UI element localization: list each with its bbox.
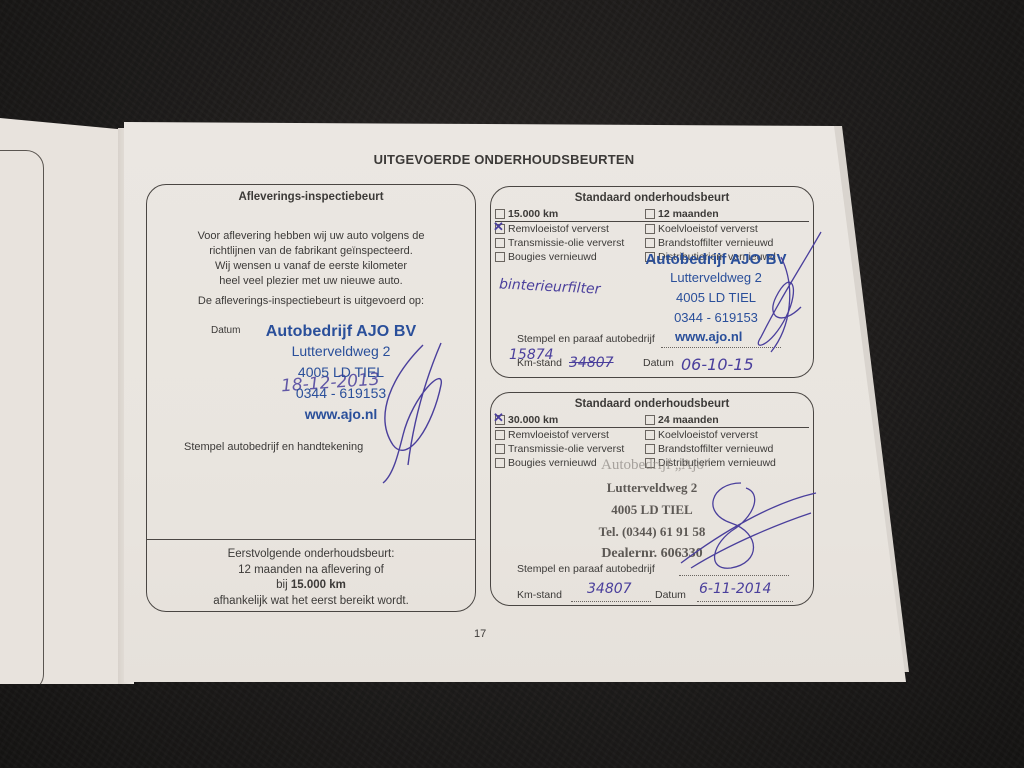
checkbox-label: Bougies vernieuwd xyxy=(508,250,597,264)
checkbox-icon xyxy=(645,224,655,234)
stamp-city: 4005 LD TIEL xyxy=(221,362,461,383)
stamp-phone: 0344 - 619153 xyxy=(221,383,461,404)
stamp-city: 4005 LD TIEL xyxy=(621,288,811,308)
stempel-label: Stempel en paraaf autobedrijf xyxy=(517,563,655,575)
crossed-out-km: 34807 xyxy=(569,355,614,371)
checkbox-icon xyxy=(495,238,505,248)
checkbox-interval-km[interactable]: 15.000 km xyxy=(495,206,645,221)
stamp-street: Lutterveldweg 2 xyxy=(221,341,461,362)
intro-line: richtlijnen van de fabrikant geïnspectee… xyxy=(147,244,475,259)
next-km: 15.000 km xyxy=(291,579,346,591)
checkbox-label: Bougies vernieuwd xyxy=(508,456,597,470)
stamp-url: www.ajo.nl xyxy=(221,404,461,425)
checkbox-item[interactable]: Koelvloeistof ververst xyxy=(645,222,809,236)
checkbox-interval-months[interactable]: 12 maanden xyxy=(645,206,809,221)
datum-label: Datum xyxy=(643,357,674,369)
stamp-dealer-number: Dealernr. 606330 xyxy=(491,543,813,565)
stamp-name: Autobedrijf AJO BV xyxy=(221,323,461,341)
checkbox-icon xyxy=(645,430,655,440)
stamp-street: Lutterveldweg 2 xyxy=(621,268,811,288)
checkbox-interval-months[interactable]: 24 maanden xyxy=(645,412,809,427)
intro-line: heel veel plezier met uw nieuwe auto. xyxy=(147,274,475,289)
signature-label: Stempel autobedrijf en handtekening xyxy=(184,441,363,453)
checkbox-item[interactable]: Remvloeistof ververst xyxy=(495,428,645,442)
next-line: 12 maanden na aflevering of xyxy=(147,563,475,579)
next-line: Eerstvolgende onderhoudsbeurt: xyxy=(147,547,475,563)
next-line: afhankelijk wat het eerst bereikt wordt. xyxy=(147,594,475,610)
performed-on-label: De afleverings-inspectiebeurt is uitgevo… xyxy=(147,295,475,307)
checkbox-icon xyxy=(495,444,505,454)
checked-checkbox-icon xyxy=(495,415,505,425)
divider xyxy=(147,539,475,540)
checkbox-interval-km[interactable]: 30.000 km xyxy=(495,412,645,427)
checkbox-label: 12 maanden xyxy=(658,207,719,221)
stamp-street: Lutterveldweg 2 xyxy=(491,477,813,499)
checkbox-item[interactable]: Koelvloeistof ververst xyxy=(645,428,809,442)
datum-label: Datum xyxy=(655,589,686,601)
checkbox-icon xyxy=(495,209,505,219)
stempel-label: Stempel en paraaf autobedrijf xyxy=(517,333,655,345)
checkbox-label: Koelvloeistof ververst xyxy=(658,222,758,236)
service-heading: Standaard onderhoudsbeurt xyxy=(491,192,813,204)
stamp-name: Autobedrijf „Ajo" xyxy=(601,457,710,474)
checkbox-item[interactable]: Brandstoffilter vernieuwd xyxy=(645,442,809,456)
intro-line: Voor aflevering hebben wij uw auto volge… xyxy=(147,229,475,244)
handwritten-date: 6-11-2014 xyxy=(699,581,771,597)
delivery-inspection-box: Afleverings-inspectiebeurt Voor afleveri… xyxy=(146,184,476,612)
right-page: UITGEVOERDE ONDERHOUDSBEURTEN Aflevering… xyxy=(124,122,906,682)
handwritten-date: 06-10-15 xyxy=(681,355,754,374)
handwritten-note: binterieurfilter xyxy=(499,276,601,297)
delivery-heading: Afleverings-inspectiebeurt xyxy=(147,191,475,203)
checkbox-label: Koelvloeistof ververst xyxy=(658,428,758,442)
checkbox-label: Remvloeistof ververst xyxy=(508,222,609,236)
datum-line xyxy=(697,601,793,602)
checkbox-label: Brandstoffilter vernieuwd xyxy=(658,236,773,250)
page-title: UITGEVOERDE ONDERHOUDSBEURTEN xyxy=(324,152,684,167)
dealer-stamp: Autobedrijf AJO BV Lutterveldweg 2 4005 … xyxy=(621,251,811,328)
checkbox-icon xyxy=(495,458,505,468)
checkbox-item[interactable]: Transmissie-olie ververst xyxy=(495,236,645,250)
checkbox-item[interactable]: Brandstoffilter vernieuwd xyxy=(645,236,809,250)
km-label: Km-stand xyxy=(517,357,562,369)
stempel-line xyxy=(661,347,781,348)
intro-line: Wij wensen u vanaf de eerste kilometer xyxy=(147,259,475,274)
left-page xyxy=(0,118,128,684)
checked-checkbox-icon xyxy=(495,224,505,234)
stamp-phone: 0344 - 619153 xyxy=(621,308,811,328)
service-box-15000: Standaard onderhoudsbeurt 15.000 km 12 m… xyxy=(490,186,814,378)
stamp-phone: Tel. (0344) 61 91 58 xyxy=(491,521,813,543)
page-number: 17 xyxy=(474,628,486,640)
dealer-stamp: Autobedrijf AJO BV Lutterveldweg 2 4005 … xyxy=(221,323,461,425)
stamp-name: Autobedrijf AJO BV xyxy=(621,251,811,268)
service-box-30000: Standaard onderhoudsbeurt 30.000 km 24 m… xyxy=(490,392,814,606)
km-line xyxy=(571,601,651,602)
service-heading: Standaard onderhoudsbeurt xyxy=(491,398,813,410)
checkbox-icon xyxy=(645,444,655,454)
checkbox-label: 24 maanden xyxy=(658,413,719,427)
delivery-intro: Voor aflevering hebben wij uw auto volge… xyxy=(147,229,475,289)
stamp-city: 4005 LD TIEL xyxy=(491,499,813,521)
checkbox-icon xyxy=(645,415,655,425)
checkbox-label: 30.000 km xyxy=(508,413,558,427)
checkbox-label: Transmissie-olie ververst xyxy=(508,236,624,250)
checkbox-icon xyxy=(645,209,655,219)
handwritten-km: 34807 xyxy=(587,581,632,597)
checkbox-label: 15.000 km xyxy=(508,207,558,221)
checkbox-label: Remvloeistof ververst xyxy=(508,428,609,442)
next-prefix: bij xyxy=(276,579,291,591)
checkbox-label: Brandstoffilter vernieuwd xyxy=(658,442,773,456)
checkbox-icon xyxy=(495,430,505,440)
next-line: bij 15.000 km xyxy=(147,578,475,594)
checkbox-icon xyxy=(495,252,505,262)
next-service-info: Eerstvolgende onderhoudsbeurt: 12 maande… xyxy=(147,547,475,609)
stempel-line xyxy=(679,575,789,576)
stamp-url: www.ajo.nl xyxy=(675,329,742,344)
km-label: Km-stand xyxy=(517,589,562,601)
checkbox-icon xyxy=(645,238,655,248)
checkbox-label: Transmissie-olie ververst xyxy=(508,442,624,456)
checkbox-item[interactable]: Transmissie-olie ververst xyxy=(495,442,645,456)
checkbox-item[interactable]: Remvloeistof ververst xyxy=(495,222,645,236)
left-page-frame xyxy=(0,150,44,692)
